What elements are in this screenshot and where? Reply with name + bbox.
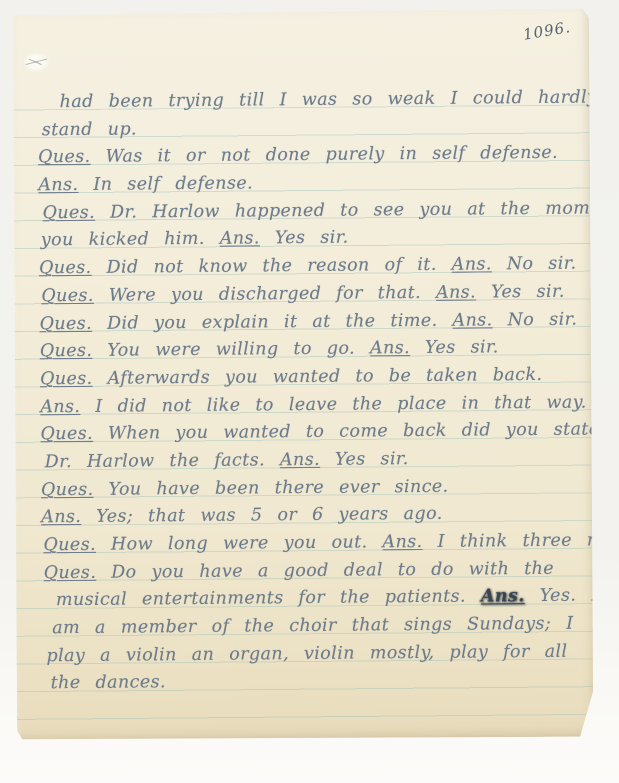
handwriting-text: play a violin an organ, violin mostly, p… bbox=[46, 641, 567, 666]
manuscript-line: Ques. Was it or not done purely in self … bbox=[38, 140, 584, 172]
manuscript-line: play a violin an organ, violin mostly, p… bbox=[42, 638, 588, 670]
handwriting-text: In self defense. bbox=[78, 173, 253, 195]
handwriting-text: You have been there ever since. bbox=[93, 476, 448, 499]
handwriting-text: No sir. bbox=[492, 309, 577, 330]
page-number: 1096. bbox=[522, 18, 572, 44]
manuscript-line: am a member of the choir that sings Sund… bbox=[42, 611, 588, 643]
handwriting-text: I think three months. bbox=[422, 530, 619, 552]
qa-label: Ans. bbox=[280, 450, 320, 470]
manuscript-line: Ques. When you wanted to come back did y… bbox=[40, 417, 586, 449]
qa-label: Ans. bbox=[452, 254, 492, 274]
qa-label: Ques. bbox=[40, 424, 93, 444]
handwriting-text: I did not like to leave the place in tha… bbox=[80, 392, 586, 416]
handwriting-text: No sir. bbox=[492, 254, 577, 275]
manuscript-line: had been trying till I was so weak I cou… bbox=[37, 85, 583, 117]
handwriting-text: Was it or not done purely in self defens… bbox=[91, 143, 559, 167]
manuscript-line: the dances. bbox=[43, 666, 589, 698]
handwriting-text: Dr. Harlow the facts. bbox=[45, 450, 280, 472]
manuscript-line: Ques. How long were you out. Ans. I thin… bbox=[41, 528, 587, 560]
handwriting-text: the dances. bbox=[51, 673, 166, 694]
manuscript-line: Ques. Dr. Harlow happened to see you at … bbox=[38, 195, 584, 227]
qa-label: Ans. bbox=[382, 532, 422, 552]
qa-label: Ans. bbox=[370, 338, 410, 358]
qa-label: Ques. bbox=[40, 341, 93, 361]
qa-label: Ques. bbox=[43, 535, 96, 555]
manuscript-line: Ques. Did you explain it at the time. An… bbox=[39, 306, 585, 338]
handwriting-text: Did you explain it at the time. bbox=[92, 310, 453, 333]
qa-label: Ans. bbox=[481, 586, 525, 606]
handwriting-text: Yes. I bbox=[525, 586, 599, 607]
qa-label: Ques. bbox=[40, 369, 93, 389]
handwriting-text: Yes sir. bbox=[320, 449, 409, 470]
handwriting-text: How long were you out. bbox=[96, 532, 383, 554]
qa-label: Ans. bbox=[436, 282, 476, 302]
manuscript-paper: 1096. had been trying till I was so weak… bbox=[11, 8, 595, 741]
manuscript-line: Ques. Were you discharged for that. Ans.… bbox=[39, 278, 585, 310]
handwriting-text: am a member of the choir that sings Sund… bbox=[52, 614, 573, 639]
qa-label: Ans. bbox=[38, 175, 78, 195]
handwriting-text: You were willing to go. bbox=[92, 339, 370, 361]
handwriting-text: Yes; that was 5 or 6 years ago. bbox=[81, 504, 443, 527]
qa-label: Ques. bbox=[41, 479, 94, 499]
qa-label: Ans. bbox=[41, 507, 81, 527]
qa-label: Ques. bbox=[39, 313, 92, 333]
handwriting-text: had been trying till I was so weak I cou… bbox=[60, 87, 598, 112]
handwriting-text: Yes sir. bbox=[410, 337, 499, 358]
handwriting-text: Afterwards you wanted to be taken back. bbox=[92, 365, 542, 389]
qa-label: Ques. bbox=[42, 203, 95, 223]
qa-label: Ans. bbox=[220, 229, 260, 249]
handwriting-text: Were you discharged for that. bbox=[94, 283, 436, 306]
handwriting-text: Did not know the reason of it. bbox=[92, 255, 452, 278]
staple-crease-mark bbox=[19, 49, 53, 75]
qa-label: Ques. bbox=[41, 286, 94, 306]
qa-label: Ques. bbox=[38, 147, 91, 167]
qa-label: Ans. bbox=[40, 397, 80, 417]
manuscript-line: Ques. Afterwards you wanted to be taken … bbox=[40, 361, 586, 393]
qa-label: Ques. bbox=[39, 258, 92, 278]
handwriting-text: musical entertainments for the patients. bbox=[56, 587, 481, 611]
handwriting-text: you kicked him. bbox=[41, 229, 220, 251]
manuscript: had been trying till I was so weak I cou… bbox=[37, 85, 588, 699]
handwriting-text: Dr. Harlow happened to see you at the mo… bbox=[95, 198, 619, 223]
handwriting-text: Do you have a good deal to do with the bbox=[96, 559, 554, 583]
handwriting-text: Yes sir. bbox=[476, 282, 565, 303]
handwriting-text: stand up. bbox=[42, 119, 137, 140]
handwriting-text: When you wanted to come back did you sta… bbox=[93, 419, 619, 444]
handwriting-text: Yes sir. bbox=[260, 228, 349, 249]
qa-label: Ans. bbox=[452, 310, 492, 330]
qa-label: Ques. bbox=[44, 562, 97, 582]
